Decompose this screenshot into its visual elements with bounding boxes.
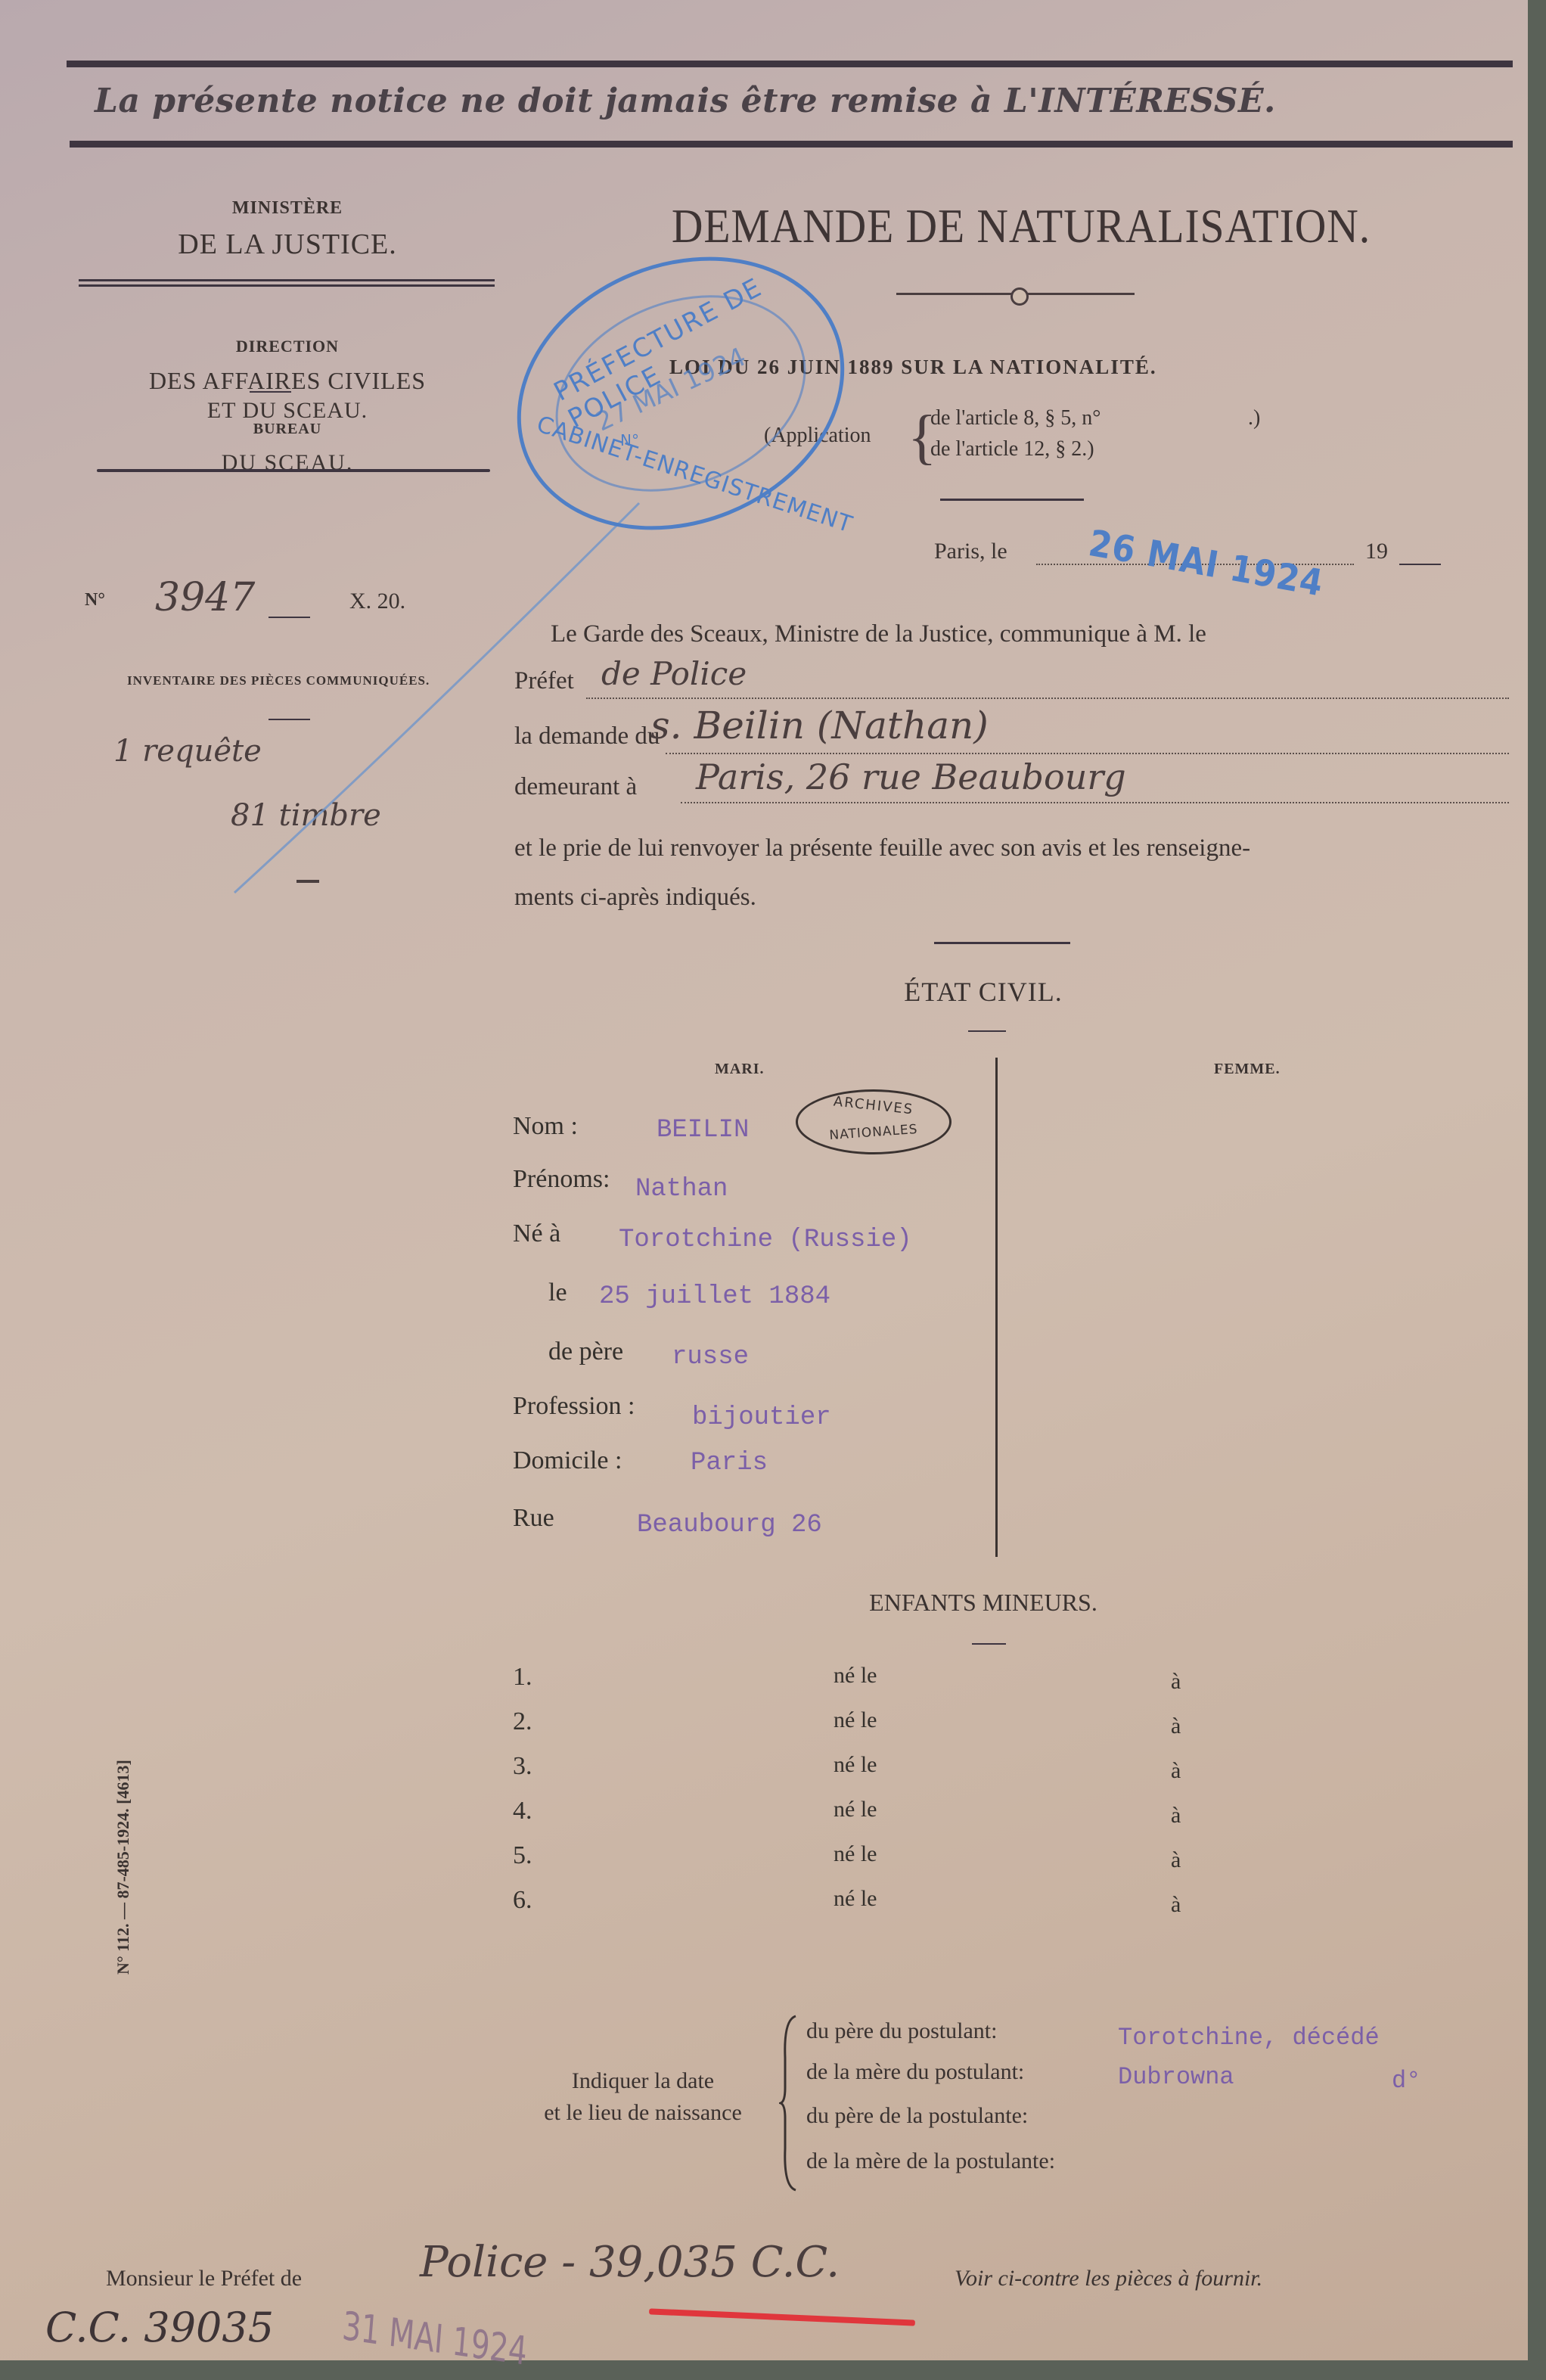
letter-intro: Le Garde des Sceaux, Ministre de la Just… <box>551 620 1206 648</box>
footer-prefet-label: Monsieur le Préfet de <box>106 2266 302 2291</box>
closing-line-1: et le prie de lui renvoyer la présente f… <box>514 834 1250 862</box>
demande-line <box>666 753 1509 754</box>
footer-cc-number: C.C. 39035 <box>45 2304 274 2351</box>
direction-divider <box>250 391 291 393</box>
field-rue-label: Rue <box>513 1504 554 1533</box>
archives-line-2: NATIONALES <box>798 1120 950 1145</box>
enfant-ne-le: né le <box>834 1797 877 1822</box>
direction-small: DIRECTION <box>76 337 499 356</box>
prefet-value: de Police <box>601 655 747 692</box>
archives-line-1: ARCHIVES <box>797 1090 949 1122</box>
naissance-brace <box>779 2012 802 2194</box>
field-domicile-value: Paris <box>691 1449 768 1477</box>
side-print-text: N° 112. — 87-485-1924. [4613] <box>113 1760 132 1975</box>
prefecture-stamp: PRÉFECTURE DE POLICE 27 MAI 1924 N° CABI… <box>499 242 862 537</box>
naissance-value-1: Torotchine, décédé <box>1118 2024 1380 2052</box>
field-nom-label: Nom : <box>513 1112 578 1141</box>
paris-le-label: Paris, le <box>934 539 1007 564</box>
title-divider <box>940 499 1084 501</box>
field-pere-value: russe <box>672 1343 749 1372</box>
naissance-label-2: de la mère du postulant: <box>806 2059 1024 2085</box>
enfant-ne-le: né le <box>834 1752 877 1778</box>
enfant-row: 2. né le à <box>508 1707 1265 1752</box>
enfant-row: 1. né le à <box>508 1663 1265 1707</box>
mari-femme-divider <box>995 1058 998 1557</box>
enfant-a: à <box>1171 1714 1181 1739</box>
ministry-divider-2 <box>79 284 495 287</box>
naissance-value-2: Dubrowna <box>1118 2063 1234 2091</box>
naissance-label-4: de la mère de la postulante: <box>806 2149 1055 2174</box>
archives-nationales-stamp: ARCHIVES NATIONALES <box>796 1089 952 1154</box>
enfant-ne-le: né le <box>834 1886 877 1912</box>
enfant-a: à <box>1171 1892 1181 1918</box>
prefet-line <box>586 698 1509 699</box>
naissance-label-1: du père du postulant: <box>806 2018 997 2044</box>
enfants-divider <box>972 1643 1006 1645</box>
mari-label: MARI. <box>715 1061 765 1078</box>
demeurant-label: demeurant à <box>514 773 637 801</box>
femme-label: FEMME. <box>1214 1061 1281 1078</box>
naissance-label-3: du père de la postulante: <box>806 2103 1028 2129</box>
banner-warning: La présente notice ne doit jamais être r… <box>95 82 1517 120</box>
field-le-value: 25 juillet 1884 <box>599 1282 830 1311</box>
enfants-list: 1. né le à 2. né le à 3. né le à 4. né l… <box>508 1663 1265 1931</box>
bureau-block: BUREAU DU SCEAU. <box>76 421 499 476</box>
field-ne-a-value: Torotchine (Russie) <box>619 1226 912 1254</box>
enfant-row: 4. né le à <box>508 1797 1265 1841</box>
ministry-block: MINISTÈRE DE LA JUSTICE. <box>76 198 499 261</box>
demeurant-value: Paris, 26 rue Beaubourg <box>696 757 1126 797</box>
naissance-instruction-1: Indiquer la date <box>492 2065 794 2097</box>
enfants-heading: ENFANTS MINEURS. <box>756 1589 1210 1617</box>
direction-line2: ET DU SCEAU. <box>76 398 499 424</box>
enfant-ne-le: né le <box>834 1841 877 1867</box>
naissance-value-2-ditto: d° <box>1392 2067 1420 2095</box>
bureau-small: BUREAU <box>76 421 499 438</box>
enfant-a: à <box>1171 1847 1181 1873</box>
enfant-num: 1. <box>513 1663 532 1692</box>
field-prenoms-value: Nathan <box>635 1175 728 1204</box>
enfant-row: 3. né le à <box>508 1752 1265 1797</box>
enfant-num: 5. <box>513 1841 532 1870</box>
enfant-ne-le: né le <box>834 1663 877 1689</box>
etat-civil-divider <box>968 1030 1006 1032</box>
closing-line-2: ments ci-après indiqués. <box>514 884 756 912</box>
demeurant-line <box>681 802 1509 803</box>
field-pere-label: de père <box>548 1338 623 1366</box>
naissance-instruction-2: et le lieu de naissance <box>492 2097 794 2129</box>
article-1: de l'article 8, § 5, n° <box>930 406 1101 430</box>
banner-top-rule <box>67 61 1513 67</box>
red-underline <box>649 2308 915 2326</box>
document-page: La présente notice ne doit jamais être r… <box>0 0 1528 2360</box>
enfant-num: 2. <box>513 1707 532 1736</box>
enfant-num: 3. <box>513 1752 532 1781</box>
numero-label: N° <box>85 590 105 611</box>
year-prefix: 19 <box>1365 539 1388 564</box>
enfant-num: 6. <box>513 1886 532 1915</box>
prefet-label: Préfet <box>514 667 574 695</box>
enfant-a: à <box>1171 1669 1181 1695</box>
field-prenoms-label: Prénoms: <box>513 1165 610 1194</box>
etat-civil-heading: ÉTAT CIVIL. <box>756 976 1210 1008</box>
direction-block: DIRECTION DES AFFAIRES CIVILES ET DU SCE… <box>76 337 499 424</box>
enfant-a: à <box>1171 1758 1181 1784</box>
footer-voir: Voir ci-contre les pièces à fournir. <box>955 2266 1262 2291</box>
footer-prefet-value: Police - 39,035 C.C. <box>420 2238 840 2287</box>
footer-date-stamp: 31 MAI 1924 <box>340 2304 529 2375</box>
enfant-num: 4. <box>513 1797 532 1825</box>
title-ornament-dot <box>1010 287 1029 306</box>
enfant-a: à <box>1171 1803 1181 1828</box>
demande-value: s. Beilin (Nathan) <box>650 704 989 747</box>
ministere-small: MINISTÈRE <box>76 198 499 219</box>
field-nom-value: BEILIN <box>657 1116 749 1145</box>
field-profession-label: Profession : <box>513 1392 635 1421</box>
field-ne-a-label: Né à <box>513 1220 560 1248</box>
letter-divider <box>934 942 1070 944</box>
article-2: de l'article 12, § 2.) <box>930 437 1094 461</box>
ministere-large: DE LA JUSTICE. <box>76 228 499 261</box>
year-line <box>1399 564 1441 565</box>
field-domicile-label: Domicile : <box>513 1446 622 1475</box>
field-rue-value: Beaubourg 26 <box>637 1511 822 1540</box>
bureau-divider <box>97 469 490 472</box>
article-1-end: .) <box>1248 406 1260 430</box>
banner-bottom-rule <box>70 141 1513 148</box>
enfant-row: 5. né le à <box>508 1841 1265 1886</box>
enfant-ne-le: né le <box>834 1707 877 1733</box>
enfant-row: 6. né le à <box>508 1886 1265 1931</box>
field-profession-value: bijoutier <box>692 1403 831 1432</box>
received-date-stamp: 26 MAI 1924 <box>1085 522 1327 605</box>
field-le-label: le <box>548 1279 567 1307</box>
demande-label: la demande du <box>514 722 660 750</box>
side-print-reference: N° 112. — 87-485-1924. [4613] <box>113 1627 133 1975</box>
ministry-divider <box>79 279 495 281</box>
naissance-instruction: Indiquer la date et le lieu de naissance <box>492 2065 794 2129</box>
